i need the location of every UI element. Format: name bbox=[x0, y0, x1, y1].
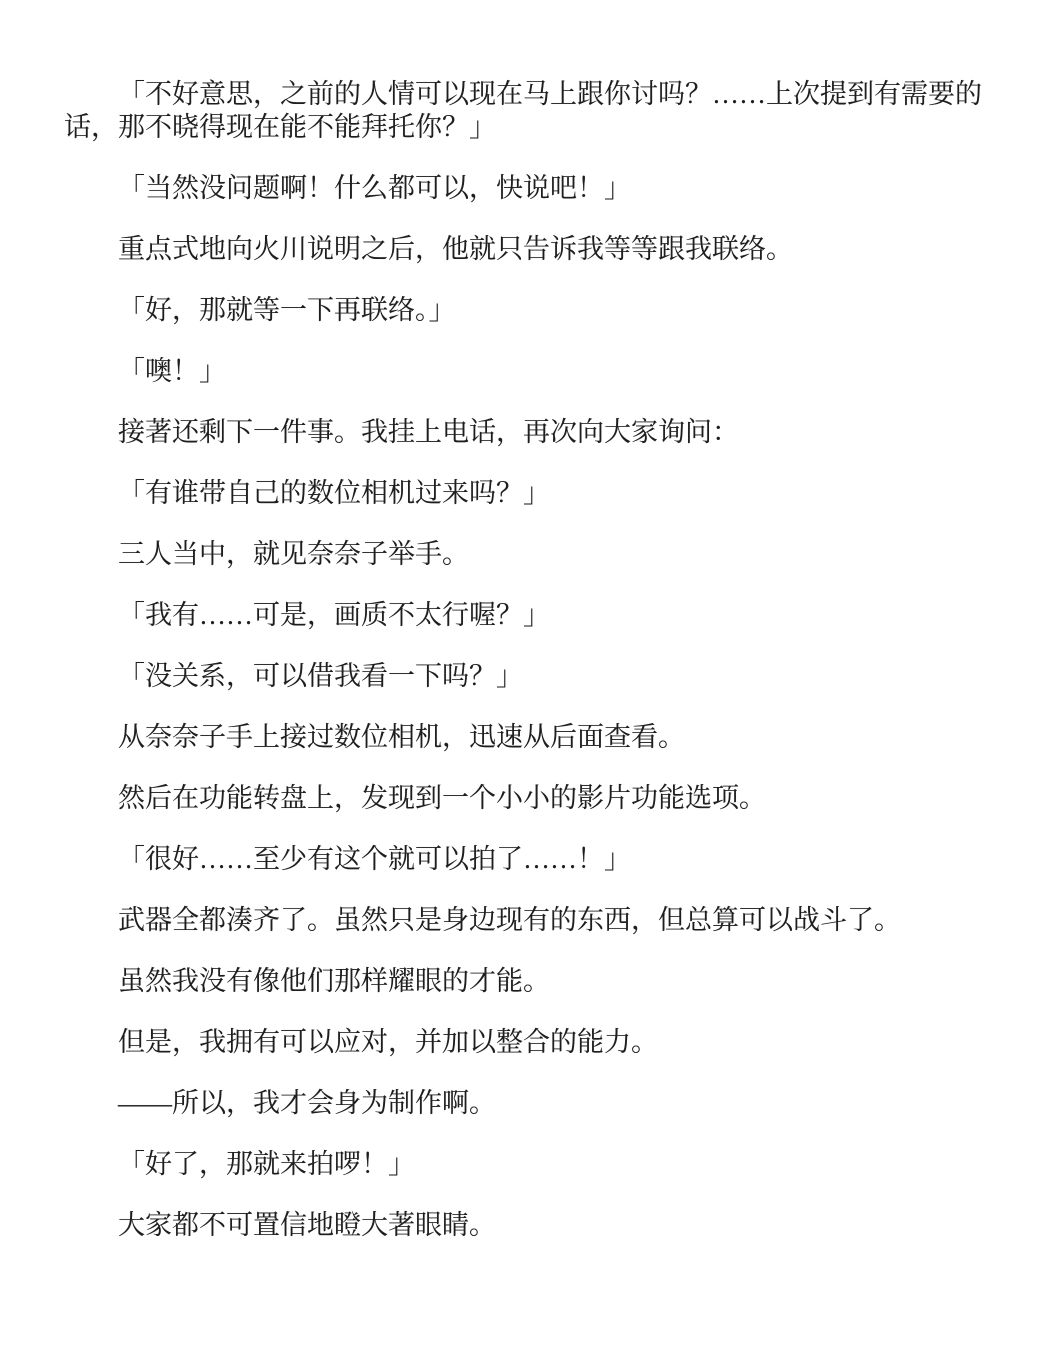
paragraph: 「有谁带自己的数位相机过来吗？」 bbox=[64, 477, 982, 510]
paragraph: 「好，那就等一下再联络。」 bbox=[64, 294, 982, 327]
paragraph: 「好了，那就来拍啰！」 bbox=[64, 1148, 982, 1181]
paragraph: 三人当中，就见奈奈子举手。 bbox=[64, 538, 982, 571]
paragraph: 「当然没问题啊！什么都可以，快说吧！」 bbox=[64, 172, 982, 205]
paragraph: 然后在功能转盘上，发现到一个小小的影片功能选项。 bbox=[64, 782, 982, 815]
paragraph: 武器全都湊齐了。虽然只是身边现有的东西，但总算可以战斗了。 bbox=[64, 904, 982, 937]
paragraph: 「噢！」 bbox=[64, 355, 982, 388]
paragraph: 「没关系，可以借我看一下吗？」 bbox=[64, 660, 982, 693]
paragraph: 「我有……可是，画质不太行喔？」 bbox=[64, 599, 982, 632]
paragraph: 「不好意思，之前的人情可以现在马上跟你讨吗？……上次提到有需要的话，那不晓得现在… bbox=[64, 78, 982, 144]
paragraph: 从奈奈子手上接过数位相机，迅速从后面查看。 bbox=[64, 721, 982, 754]
paragraph: 「很好……至少有这个就可以拍了……！」 bbox=[64, 843, 982, 876]
paragraph: 大家都不可置信地瞪大著眼睛。 bbox=[64, 1209, 982, 1242]
novel-page: 「不好意思，之前的人情可以现在马上跟你讨吗？……上次提到有需要的话，那不晓得现在… bbox=[0, 0, 1046, 1354]
paragraph: 接著还剩下一件事。我挂上电话，再次向大家询问： bbox=[64, 416, 982, 449]
paragraph: 重点式地向火川说明之后，他就只告诉我等等跟我联络。 bbox=[64, 233, 982, 266]
paragraph: ——所以，我才会身为制作啊。 bbox=[64, 1087, 982, 1120]
paragraph: 但是，我拥有可以应对，并加以整合的能力。 bbox=[64, 1026, 982, 1059]
paragraph: 虽然我没有像他们那样耀眼的才能。 bbox=[64, 965, 982, 998]
